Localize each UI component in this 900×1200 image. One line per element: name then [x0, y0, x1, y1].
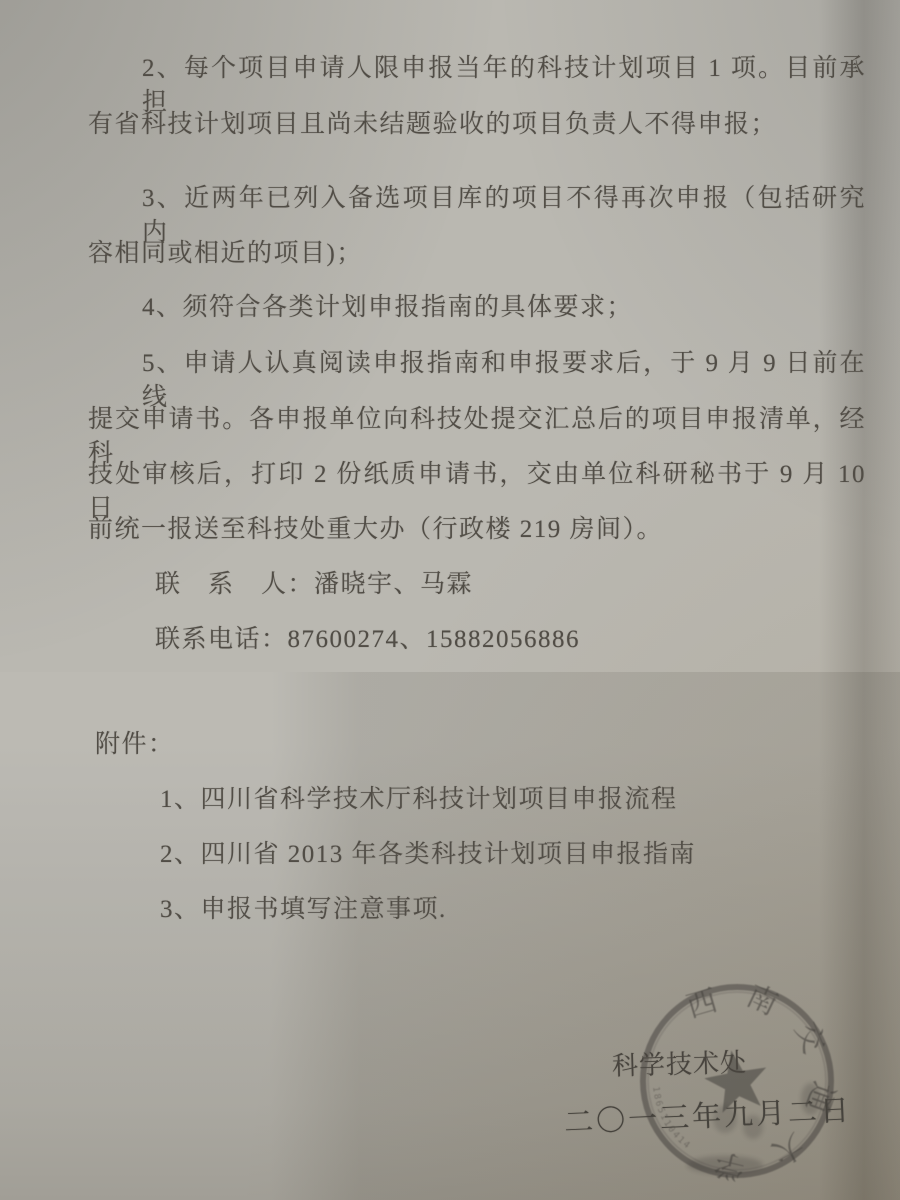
contact-phone: 联系电话：87600274、15882056886 — [88, 623, 866, 657]
contact-person: 联 系 人：潘晓宇、马霖 — [88, 568, 866, 602]
attachment-item: 3、申报书填写注意事项. — [88, 893, 866, 927]
doc-line: 前统一报送至科技处重大办（行政楼 219 房间）。 — [88, 513, 866, 547]
seal-ring-text: 西南交通大学 — [683, 977, 840, 1184]
signing-department: 科学技术处 — [612, 1042, 748, 1083]
attachment-item: 1、四川省科学技术厅科技计划项目申报流程 — [88, 783, 866, 817]
attachment-item: 2、四川省 2013 年各类科技计划项目申报指南 — [88, 838, 866, 872]
seal-ink-smudge — [687, 1156, 763, 1174]
doc-line: 容相同或相近的项目)； — [88, 237, 866, 271]
doc-line: 4、须符合各类计划申报指南的具体要求； — [88, 291, 866, 325]
document-page: 2、每个项目申请人限申报当年的科技计划项目 1 项。目前承担 有省科技计划项目且… — [0, 0, 900, 1200]
doc-line: 有省科技计划项目且尚未结题验收的项目负责人不得申报； — [88, 108, 866, 142]
attachments-heading: 附件： — [88, 728, 866, 762]
